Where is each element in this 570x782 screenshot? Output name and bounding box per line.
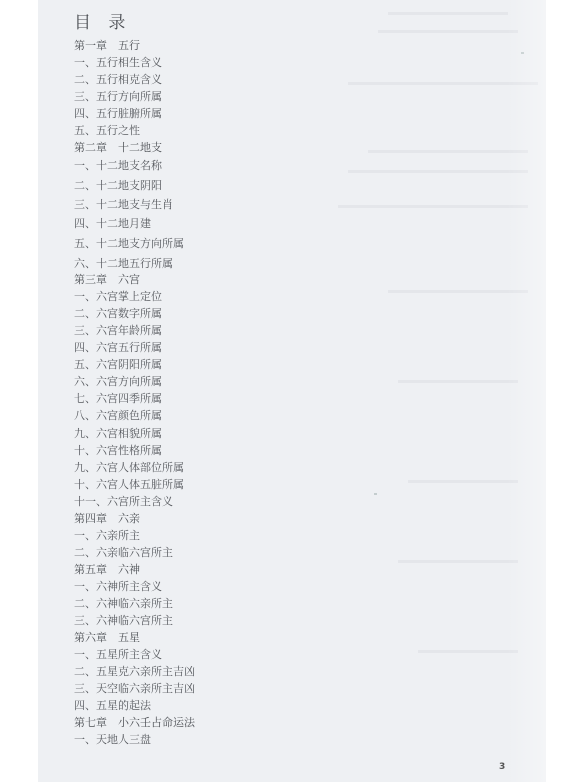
toc-chapter-heading: 第三章 六宫 bbox=[74, 273, 140, 287]
toc-section-entry: 二、五行相克含义 bbox=[74, 73, 162, 87]
toc-section-entry: 九、六宫相貌所属 bbox=[74, 427, 162, 441]
toc-section-entry: 四、五星的起法 bbox=[74, 699, 151, 713]
toc-chapter-heading: 第七章 小六壬占命运法 bbox=[74, 716, 195, 730]
toc-section-entry: 一、六宫掌上定位 bbox=[74, 290, 162, 304]
scan-speck bbox=[374, 493, 377, 495]
toc-section-entry: 三、天空临六亲所主吉凶 bbox=[74, 682, 195, 696]
bleed-through-mark bbox=[388, 290, 528, 293]
toc-chapter-heading: 第四章 六亲 bbox=[74, 512, 140, 526]
toc-chapter-heading: 第六章 五星 bbox=[74, 631, 140, 645]
bleed-through-mark bbox=[408, 480, 518, 483]
toc-section-entry: 十、六宫性格所属 bbox=[74, 444, 162, 458]
bleed-through-mark bbox=[398, 380, 518, 383]
toc-section-entry: 一、天地人三盘 bbox=[74, 733, 151, 747]
toc-section-entry: 四、五行脏腑所属 bbox=[74, 107, 162, 121]
toc-section-entry: 四、十二地月建 bbox=[74, 217, 151, 231]
toc-section-entry: 一、六神所主含义 bbox=[74, 580, 162, 594]
toc-section-entry: 六、十二地五行所属 bbox=[74, 257, 173, 271]
toc-section-entry: 六、六宫方向所属 bbox=[74, 375, 162, 389]
bleed-through-mark bbox=[338, 205, 528, 208]
bleed-through-mark bbox=[418, 650, 518, 653]
toc-section-entry: 二、五星克六亲所主吉凶 bbox=[74, 665, 195, 679]
toc-section-entry: 二、十二地支阴阳 bbox=[74, 179, 162, 193]
bleed-through-mark bbox=[348, 170, 528, 173]
scan-speck bbox=[521, 52, 524, 54]
toc-section-entry: 四、六宫五行所属 bbox=[74, 341, 162, 355]
document-page: 目 录 第一章 五行一、五行相生含义二、五行相克含义三、五行方向所属四、五行脏腑… bbox=[38, 0, 546, 782]
bleed-through-mark bbox=[388, 12, 508, 15]
bleed-through-mark bbox=[378, 30, 518, 33]
toc-section-entry: 三、六宫年龄所属 bbox=[74, 324, 162, 338]
toc-section-entry: 五、十二地支方向所属 bbox=[74, 237, 184, 251]
bleed-through-mark bbox=[398, 560, 518, 563]
bleed-through-mark bbox=[348, 82, 538, 85]
toc-section-entry: 十一、六宫所主含义 bbox=[74, 495, 173, 509]
toc-section-entry: 一、五行相生含义 bbox=[74, 56, 162, 70]
toc-section-entry: 二、六宫数字所属 bbox=[74, 307, 162, 321]
toc-section-entry: 三、十二地支与生肖 bbox=[74, 198, 173, 212]
toc-section-entry: 七、六宫四季所属 bbox=[74, 392, 162, 406]
toc-section-entry: 三、五行方向所属 bbox=[74, 90, 162, 104]
toc-section-entry: 五、六宫阴阳所属 bbox=[74, 358, 162, 372]
toc-section-entry: 一、十二地支名称 bbox=[74, 159, 162, 173]
toc-section-entry: 八、六宫颜色所属 bbox=[74, 409, 162, 423]
toc-section-entry: 一、六亲所主 bbox=[74, 529, 140, 543]
toc-section-entry: 二、六亲临六宫所主 bbox=[74, 546, 173, 560]
toc-chapter-heading: 第五章 六神 bbox=[74, 563, 140, 577]
page-number: 3 bbox=[499, 762, 505, 772]
toc-section-entry: 二、六神临六亲所主 bbox=[74, 597, 173, 611]
toc-section-entry: 五、五行之性 bbox=[74, 124, 140, 138]
toc-section-entry: 十、六宫人体五脏所属 bbox=[74, 478, 184, 492]
toc-chapter-heading: 第一章 五行 bbox=[74, 39, 140, 53]
toc-section-entry: 三、六神临六宫所主 bbox=[74, 614, 173, 628]
toc-section-entry: 九、六宫人体部位所属 bbox=[74, 461, 184, 475]
toc-chapter-heading: 第二章 十二地支 bbox=[74, 141, 162, 155]
toc-section-entry: 一、五星所主含义 bbox=[74, 648, 162, 662]
toc-title: 目 录 bbox=[74, 8, 131, 33]
bleed-through-mark bbox=[368, 150, 528, 153]
